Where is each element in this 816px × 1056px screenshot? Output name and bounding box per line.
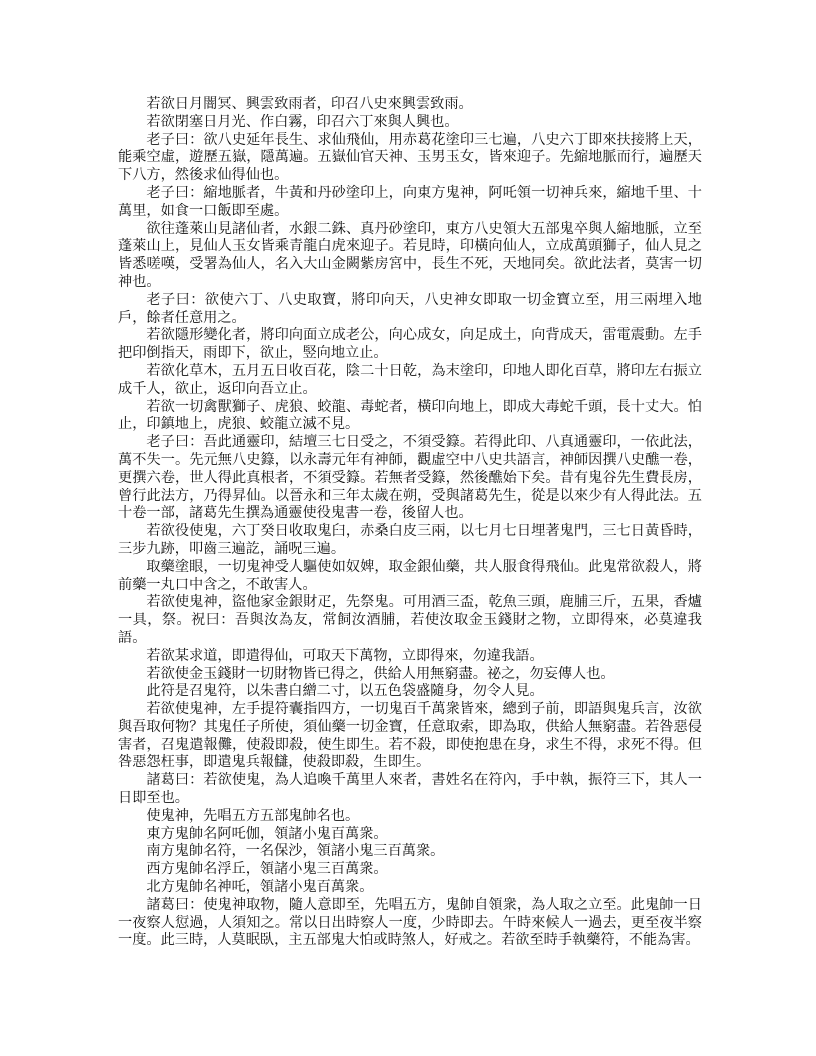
paragraph-laozi-treasure: 老子曰：欲使六丁、八史取寶，將印向天，八史神女即取一切金寶立至，用三兩埋入地戶，… [118, 292, 702, 328]
paragraph-zhuge-summon: 諸葛曰：若欲使鬼，為人追喚千萬里人來者，書姓名在符內，手中執，振符三下，其人一日… [118, 772, 702, 808]
paragraph-seek-dao: 若欲某求道，即遣得仙，可取天下萬物，立即得來，勿違我語。 [118, 648, 702, 666]
paragraph-penglai: 欲往蓬萊山見諸仙者，水銀二銖、真丹砂塗印，東方八史領大五部鬼卒與人縮地脈，立至蓬… [118, 221, 702, 292]
paragraph-command-ghosts: 若欲役使鬼，六丁癸日收取鬼臼，赤桑白皮三兩，以七月七日埋著鬼門，三七日黃昏時，三… [118, 523, 702, 559]
paragraph-block-sun-moon: 若欲閉塞日月光、作白霧，印召六丁來與人興也。 [118, 114, 702, 132]
paragraph-summon-rain: 若欲日月闇冥、興雲致雨者，印召八史來興雲致雨。 [118, 96, 702, 114]
paragraph-eye-medicine: 取藥塗眼，一切鬼神受人驅使如奴婢，取金銀仙藥，共人服食得飛仙。此鬼常欲殺人，將前… [118, 559, 702, 595]
paragraph-talisman: 此符是召鬼符，以朱書白繒二寸，以五色袋盛隨身，勿令人見。 [118, 683, 702, 701]
paragraph-beasts: 若欲一切禽獸獅子、虎狼、蛟龍、毒蛇者，橫印向地上，即成大毒蛇千頭，長十丈大。怕止… [118, 399, 702, 435]
document-page: 若欲日月闇冥、興雲致雨者，印召八史來興雲致雨。 若欲閉塞日月光、作白霧，印召六丁… [118, 96, 702, 950]
paragraph-west-marshal: 西方鬼帥名浮丘，領諸小鬼三百萬衆。 [118, 861, 702, 879]
paragraph-laozi-seal: 老子曰：吾此通靈印，結壇三七日受之，不須受籙。若得此印、八真通靈印，一依此法，萬… [118, 434, 702, 523]
paragraph-east-marshal: 東方鬼帥名阿吒伽，領諸小鬼百萬衆。 [118, 826, 702, 844]
paragraph-ghost-offering: 若欲使鬼神，盜他家金銀財疋，先祭鬼。可用酒三盃，乾魚三頭，鹿脯三斤，五果，香爐一… [118, 594, 702, 647]
paragraph-wealth: 若欲使金玉錢財一切財物皆已得之，供給人用無窮盡。祕之，勿妄傳人也。 [118, 666, 702, 684]
paragraph-laozi-shrink-earth: 老子曰：縮地脈者，牛黃和丹砂塗印上，向東方鬼神，阿吒領一切神兵來，縮地千里、十萬… [118, 185, 702, 221]
paragraph-five-directions: 使鬼神，先唱五方五部鬼帥名也。 [118, 808, 702, 826]
paragraph-plants: 若欲化草木，五月五日收百花，陰二十日乾，為末塗印，印地人即化百草，將印左右振立成… [118, 363, 702, 399]
paragraph-zhuge-retrieve: 諸葛曰：使鬼神取物，隨人意即至，先唱五方，鬼帥自領衆，為人取之立至。此鬼帥一日一… [118, 897, 702, 950]
paragraph-south-marshal: 南方鬼帥名符，一名保沙，領諸小鬼三百萬衆。 [118, 843, 702, 861]
paragraph-talisman-pouch: 若欲使鬼神，左手提符囊指四方，一切鬼百千萬衆皆來，總到子前，即語與鬼兵言，汝欲與… [118, 701, 702, 772]
paragraph-laozi-immortality: 老子曰：欲八史延年長生、求仙飛仙，用赤葛花塗印三七遍，八史六丁即來扶接將上天，能… [118, 132, 702, 185]
paragraph-invisibility: 若欲隱形變化者，將印向面立成老公，向心成女，向足成土，向背成天，雷電震動。左手把… [118, 327, 702, 363]
paragraph-north-marshal: 北方鬼帥名神吒，領諸小鬼百萬衆。 [118, 879, 702, 897]
